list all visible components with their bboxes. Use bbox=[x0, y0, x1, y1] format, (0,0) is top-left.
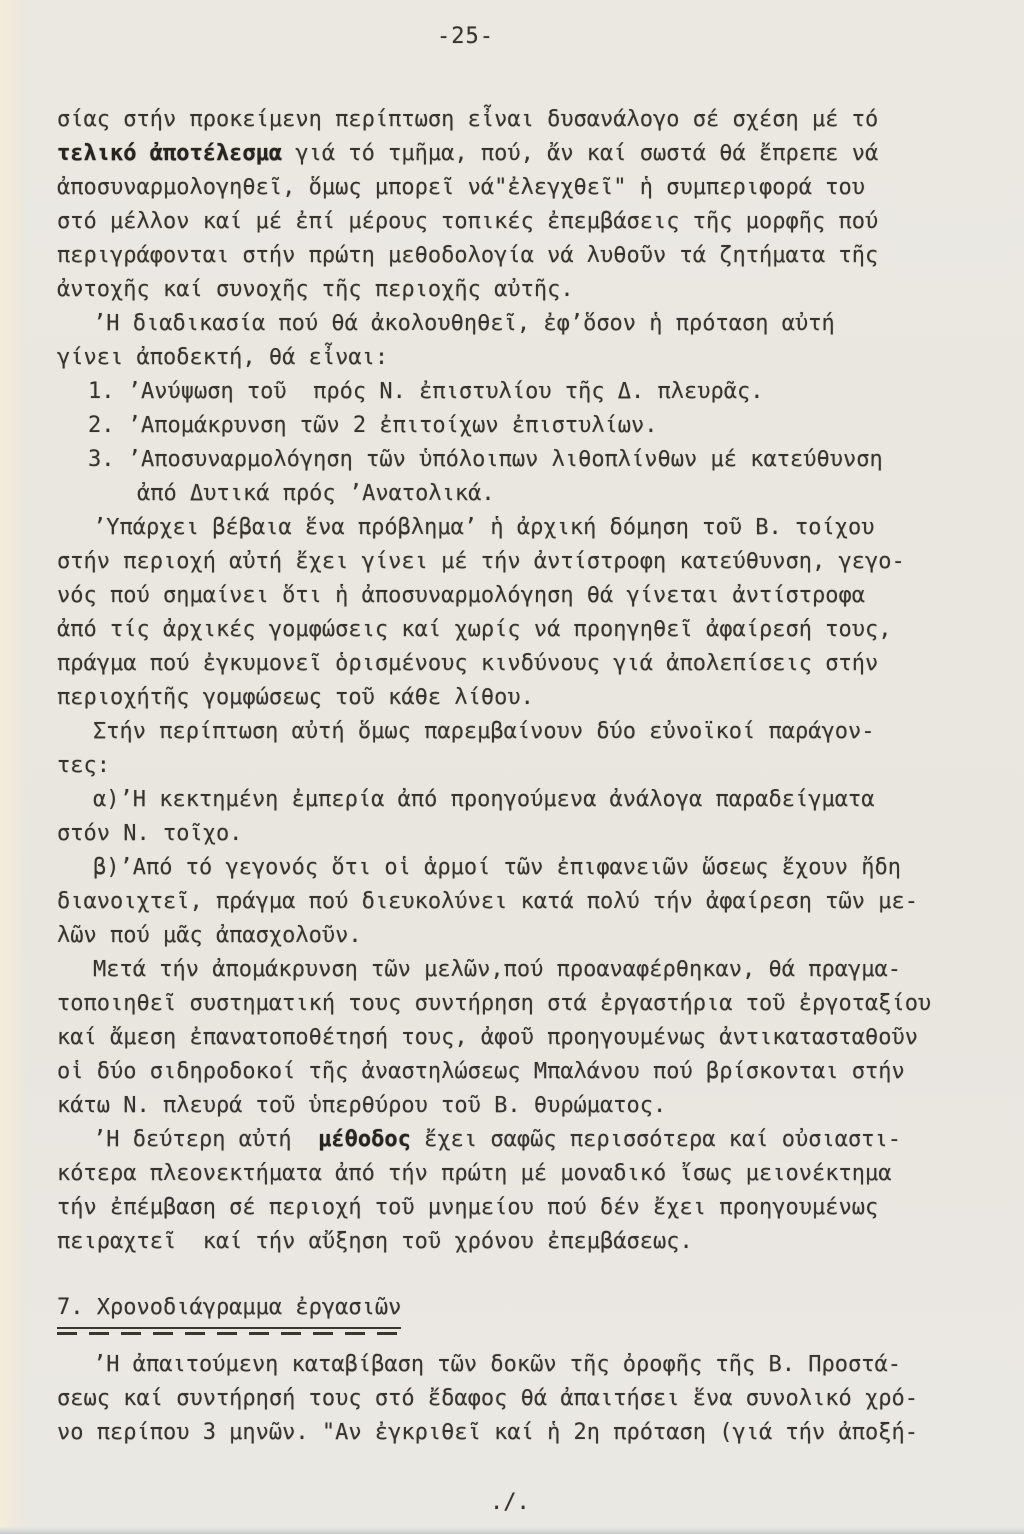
text-line: περιοχήτῆς γομφώσεως τοῦ κάθε λίθου. bbox=[57, 681, 977, 715]
list-item: 1. ’Ανύψωση τοῦ πρός Ν. ἐπιστυλίου τῆς Δ… bbox=[57, 375, 977, 409]
text-line: περιγράφονται στήν πρώτη μεθοδολογία νά … bbox=[57, 239, 977, 273]
scan-left-edge-tint bbox=[0, 0, 26, 1534]
text-line: κάτω Ν. πλευρά τοῦ ὑπερθύρου τοῦ Β. θυρώ… bbox=[57, 1089, 977, 1123]
text-line: σίας στήν προκείμενη περίπτωση εἶναι δυσ… bbox=[57, 103, 977, 137]
text-line: στήν περιοχή αὐτή ἔχει γίνει μέ τήν ἀντί… bbox=[57, 545, 977, 579]
text-line: στό μέλλον καί μέ ἐπί μέρους τοπικές ἐπε… bbox=[57, 205, 977, 239]
text-line: οἱ δύο σιδηροδοκοί τῆς ἀναστηλώσεως Μπαλ… bbox=[57, 1055, 977, 1089]
text-line: διανοιχτεῖ, πράγμα πού διευκολύνει κατά … bbox=[57, 885, 977, 919]
section-heading: 7. Χρονοδιάγραμμα ἐργασιῶν bbox=[57, 1291, 401, 1329]
dashed-underline bbox=[57, 1332, 403, 1335]
text-segment: ’Η δεύτερη αὐτή bbox=[93, 1127, 318, 1152]
text-line: ’Η διαδικασία πού θά ἀκολουθηθεῖ, ἐφ’ὅσο… bbox=[57, 307, 977, 341]
section-heading-block: 7. Χρονοδιάγραμμα ἐργασιῶν bbox=[57, 1291, 977, 1335]
text-line: ’Η ἀπαιτούμενη καταβίβαση τῶν δοκῶν τῆς … bbox=[57, 1348, 977, 1382]
text-line: τελικό ἀποτέλεσμα γιά τό τμῆμα, πού, ἄν … bbox=[57, 137, 977, 171]
scan-bottom-edge-shadow bbox=[0, 1526, 1024, 1534]
text-line: τοποιηθεῖ συστηματική τους συντήρηση στά… bbox=[57, 987, 977, 1021]
text-line: ’Υπάρχει βέβαια ἕνα πρόβλημα’ ἡ ἀρχική δ… bbox=[57, 511, 977, 545]
text-line: καί ἄμεση ἐπανατοποθέτησή τους, ἀφοῦ προ… bbox=[57, 1021, 977, 1055]
list-item: 3. ’Αποσυναρμολόγηση τῶν ὑπόλοιπων λιθοπ… bbox=[57, 443, 977, 477]
text-line: ἀποσυναρμολογηθεῖ, ὅμως μπορεῖ νά"ἐλεγχθ… bbox=[57, 171, 977, 205]
text-line: στόν Ν. τοῖχο. bbox=[57, 817, 977, 851]
document-page-scan: -25- σίας στήν προκείμενη περίπτωση εἶνα… bbox=[0, 0, 1024, 1534]
text-segment: ἔχει σαφῶς περισσότερα καί οὐσιαστι- bbox=[411, 1127, 901, 1152]
page-number: -25- bbox=[437, 20, 494, 54]
list-item: 2. ’Απομάκρυνση τῶν 2 ἐπιτοίχων ἐπιστυλί… bbox=[57, 409, 977, 443]
text-line: α)’Η κεκτημένη ἐμπερία ἀπό προηγούμενα ἀ… bbox=[57, 783, 977, 817]
text-line: σεως καί συντήρησή τους στό ἔδαφος θά ἀπ… bbox=[57, 1382, 977, 1416]
emphasized-text: μέθοδος bbox=[318, 1127, 411, 1152]
list-item-continuation: ἀπό Δυτικά πρός ’Ανατολικά. bbox=[57, 477, 977, 511]
text-line: Στήν περίπτωση αὐτή ὅμως παρεμβαίνουν δύ… bbox=[57, 715, 977, 749]
text-line: τήν ἐπέμβαση σέ περιοχή τοῦ μνημείου πού… bbox=[57, 1191, 977, 1225]
text-line: τες: bbox=[57, 749, 977, 783]
page-continuation-mark: ./. bbox=[57, 1486, 977, 1520]
text-line: πειραχτεῖ καί τήν αὔξηση τοῦ χρόνου ἐπεμ… bbox=[57, 1225, 977, 1259]
text-line: Μετά τήν ἀπομάκρυνση τῶν μελῶν,πού προαν… bbox=[57, 953, 977, 987]
text-line: ’Η δεύτερη αὐτή μέθοδος ἔχει σαφῶς περισ… bbox=[57, 1123, 977, 1157]
text-line: ἀπό τίς ἀρχικές γομφώσεις καί χωρίς νά π… bbox=[57, 613, 977, 647]
text-line: κότερα πλεονεκτήματα ἀπό τήν πρώτη μέ μο… bbox=[57, 1157, 977, 1191]
text-line: λῶν πού μᾶς ἀπασχολοῦν. bbox=[57, 919, 977, 953]
text-line: ἀντοχῆς καί συνοχῆς τῆς περιοχῆς αὐτῆς. bbox=[57, 273, 977, 307]
text-segment: γιά τό τμῆμα, πού, ἄν καί σωστά θά ἔπρεπ… bbox=[282, 141, 878, 166]
text-line: νο περίπου 3 μηνῶν. "Αν ἐγκριθεῖ καί ἡ 2… bbox=[57, 1416, 977, 1450]
document-body: σίας στήν προκείμενη περίπτωση εἶναι δυσ… bbox=[57, 103, 977, 1520]
text-line: β)’Από τό γεγονός ὅτι οἱ ἁρμοί τῶν ἐπιφα… bbox=[57, 851, 977, 885]
text-line: πράγμα πού ἐγκυμονεῖ ὁρισμένους κινδύνου… bbox=[57, 647, 977, 681]
emphasized-text: τελικό ἀποτέλεσμα bbox=[57, 141, 282, 166]
text-line: νός πού σημαίνει ὅτι ἡ ἀποσυναρμολόγηση … bbox=[57, 579, 977, 613]
text-line: γίνει ἀποδεκτή, θά εἶναι: bbox=[57, 341, 977, 375]
